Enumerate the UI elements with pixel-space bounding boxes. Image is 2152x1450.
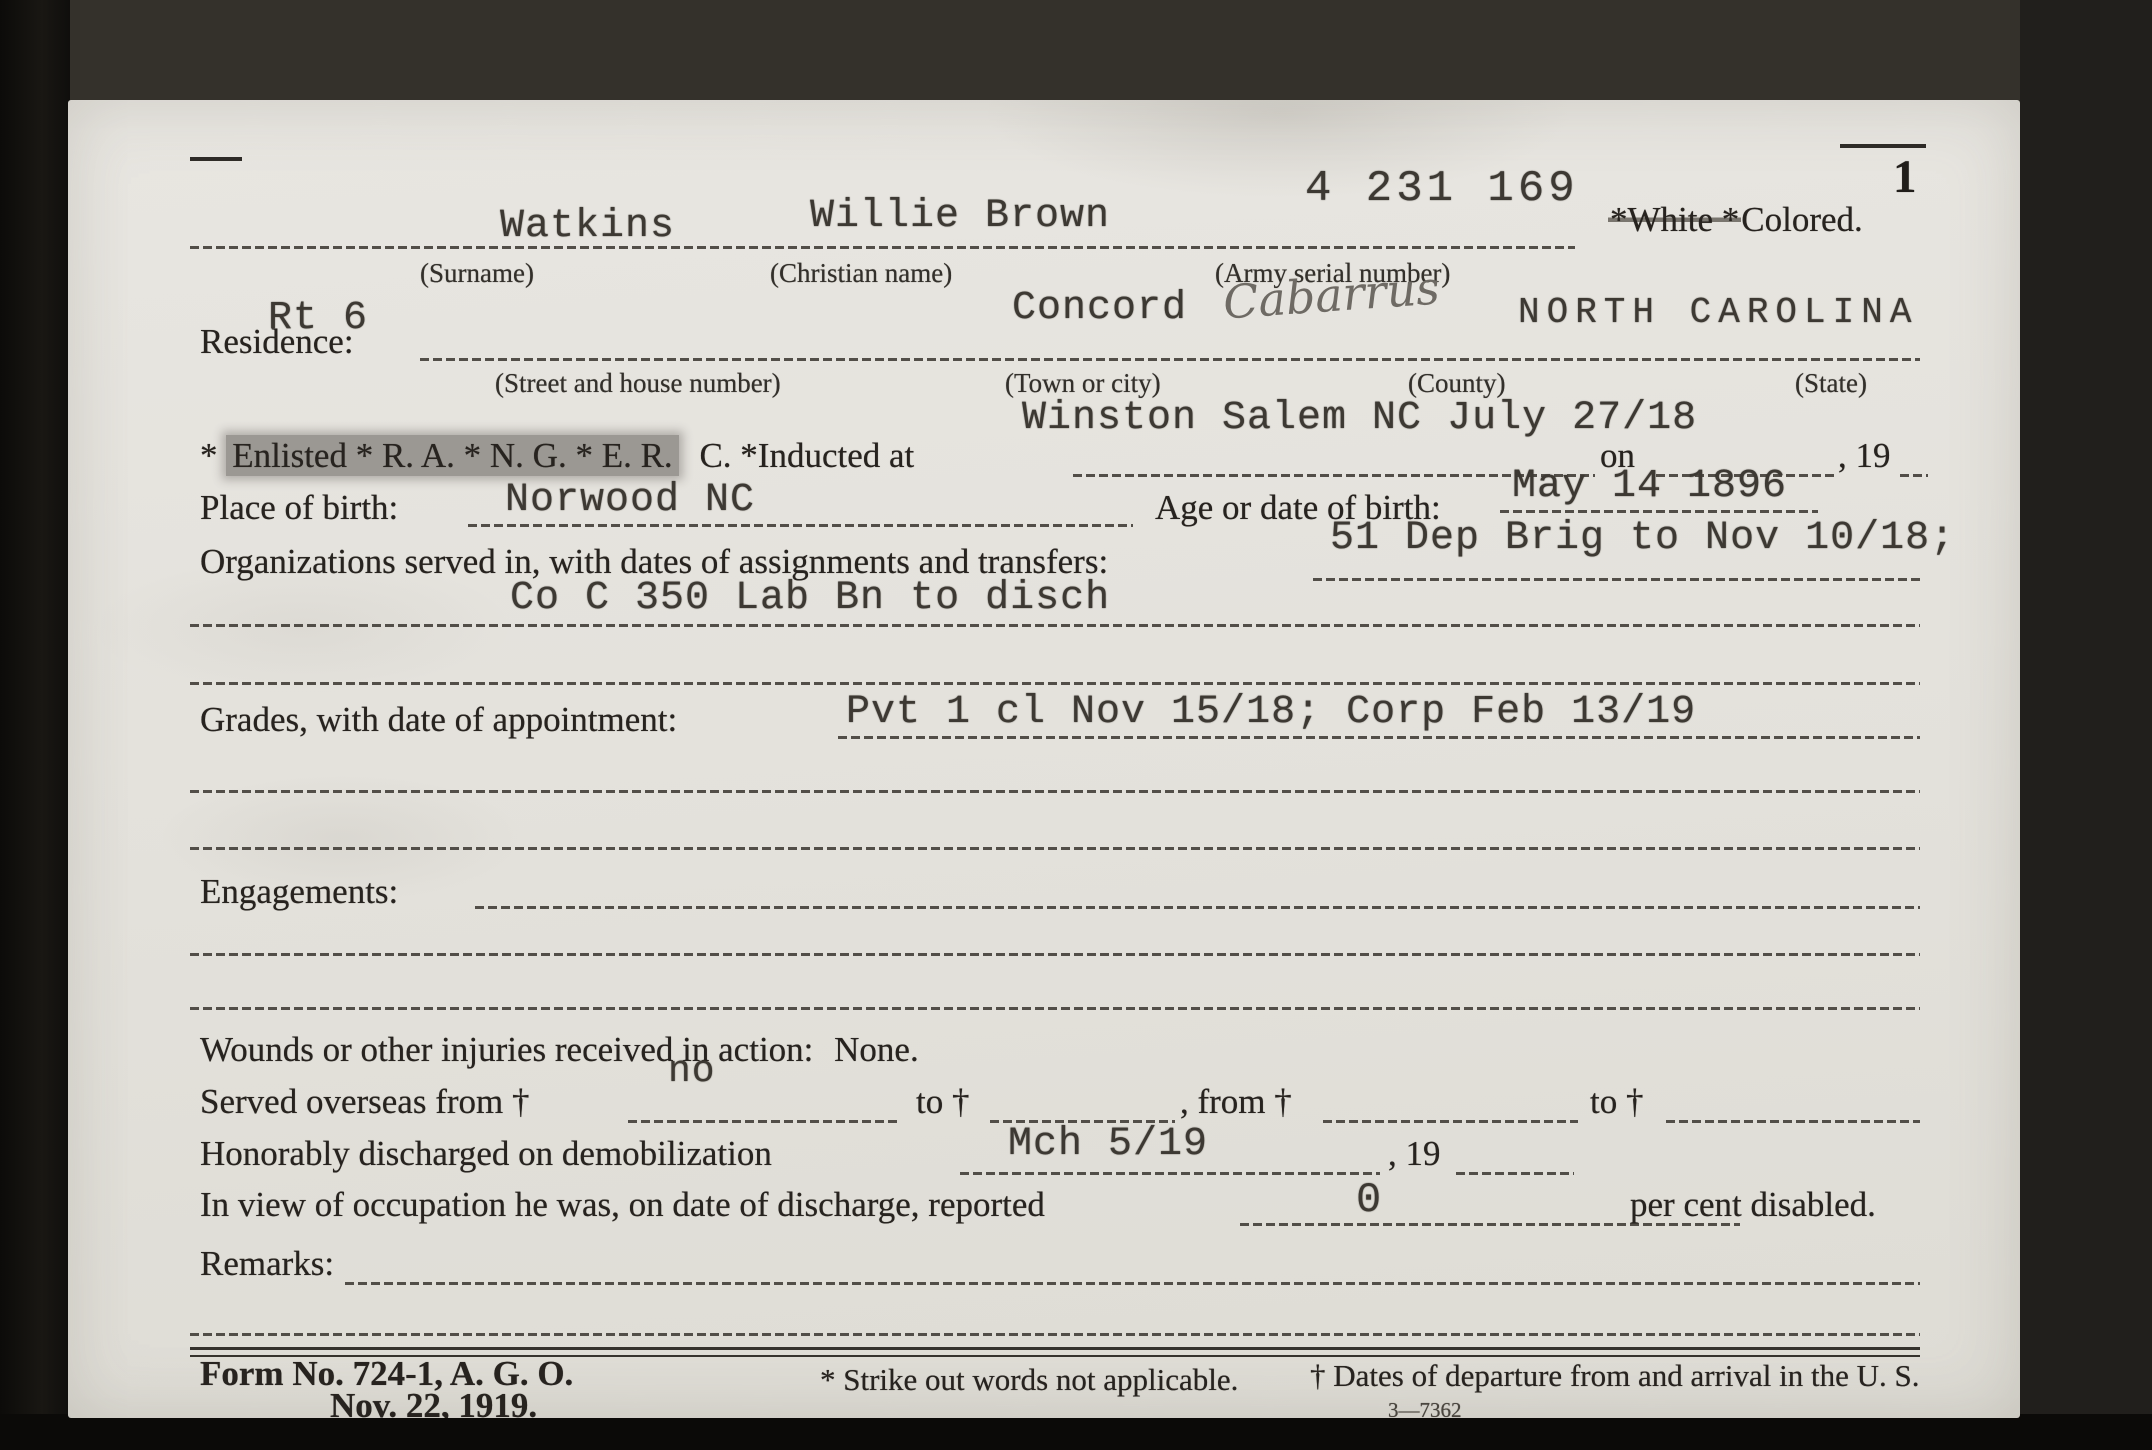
remarks-label: Remarks:	[200, 1244, 334, 1284]
wounds-value: None.	[834, 1030, 919, 1069]
organizations-rule-3	[190, 682, 1920, 685]
state-value: NORTH CAROLINA	[1518, 292, 1918, 333]
engagements-rule-1	[475, 906, 1920, 909]
wounds-label: Wounds or other injuries received in act…	[200, 1030, 813, 1069]
state-label: (State)	[1795, 368, 1867, 399]
town-label: (Town or city)	[1005, 368, 1161, 399]
organizations-value-line1: 51 Dep Brig to Nov 10/18;	[1330, 516, 1955, 561]
race-white-struck: *White *	[1608, 200, 1741, 239]
overseas-to2-label: to †	[1590, 1082, 1643, 1122]
scan-backdrop: Watkins Willie Brown 4 231 169 *White *C…	[0, 0, 2152, 1450]
discharge-label: Honorably discharged on demobilization	[200, 1134, 772, 1174]
place-of-birth-rule	[468, 524, 1133, 527]
enlistment-star: *	[200, 436, 218, 475]
grades-rule-2	[190, 790, 1920, 793]
inducted-year-label: , 19	[1838, 436, 1891, 476]
discharge-year-label: , 19	[1388, 1134, 1441, 1174]
scan-edge-right	[2020, 0, 2152, 1450]
surname-value: Watkins	[500, 204, 675, 249]
overseas-rule-4	[1666, 1120, 1920, 1123]
remarks-rule	[345, 1282, 1920, 1285]
inducted-year-rule	[1900, 474, 1928, 477]
army-serial-number-value: 4 231 169	[1305, 164, 1579, 214]
strike-note: * Strike out words not applicable.	[820, 1362, 1238, 1398]
birth-date-value: May 14 1896	[1512, 464, 1787, 509]
form-date: Nov. 22, 1919.	[330, 1386, 537, 1418]
page-number-overline	[1840, 144, 1926, 148]
header-rule	[190, 246, 1575, 249]
race-strikeout-field: *White *Colored.	[1608, 200, 1863, 240]
dagger-note: † Dates of departure from and arrival in…	[1310, 1358, 1919, 1394]
organizations-rule-1	[1313, 578, 1920, 581]
print-code: 3—7362	[1388, 1398, 1462, 1418]
discharge-rule-2	[1456, 1172, 1574, 1175]
race-colored-label: Colored.	[1741, 200, 1863, 239]
enlistment-type-field: * Enlisted * R. A. * N. G. * E. R. C. *I…	[200, 436, 914, 476]
overseas-rule-3	[1323, 1120, 1578, 1123]
discharge-rule-1	[960, 1172, 1380, 1175]
place-of-birth-label: Place of birth:	[200, 488, 398, 528]
overseas-rule-1	[628, 1120, 898, 1123]
place-of-birth-value: Norwood NC	[505, 478, 755, 523]
birth-date-rule	[1500, 510, 1818, 513]
grades-label: Grades, with date of appointment:	[200, 700, 677, 740]
inducted-at-label: C. *Inducted at	[699, 436, 914, 475]
disability-suffix-label: per cent disabled.	[1630, 1185, 1876, 1225]
overseas-to1-label: to †	[916, 1082, 969, 1122]
scan-edge-left	[0, 0, 70, 1450]
pen-tick-mark	[190, 157, 242, 161]
overseas-from1-value: no	[668, 1050, 716, 1093]
engagements-rule-3	[190, 1007, 1920, 1010]
inducted-place-value: Winston Salem NC July 27/18	[1022, 396, 1697, 441]
organizations-value-line2: Co C 350 Lab Bn to disch	[510, 576, 1110, 621]
county-label: (County)	[1408, 368, 1506, 399]
street-label: (Street and house number)	[495, 368, 781, 399]
grades-rule-1	[838, 736, 1920, 739]
grades-rule-3	[190, 847, 1920, 850]
christian-name-value: Willie Brown	[810, 194, 1110, 239]
footer-dotted-rule	[190, 1333, 1920, 1336]
christian-name-label: (Christian name)	[770, 258, 952, 289]
scan-edge-bottom	[0, 1414, 2152, 1450]
disability-percent-value: 0	[1356, 1176, 1382, 1224]
engagements-rule-2	[190, 953, 1920, 956]
wounds-field: Wounds or other injuries received in act…	[200, 1030, 919, 1070]
overseas-from2-label: , from †	[1180, 1082, 1292, 1122]
discharge-date-value: Mch 5/19	[1008, 1122, 1208, 1167]
enlistment-options-struck: Enlisted * R. A. * N. G. * E. R.	[226, 435, 678, 476]
overseas-from1-label: Served overseas from †	[200, 1082, 529, 1122]
surname-label: (Surname)	[420, 258, 534, 289]
organizations-rule-2	[190, 624, 1920, 627]
engagements-label: Engagements:	[200, 872, 398, 912]
grades-value: Pvt 1 cl Nov 15/18; Corp Feb 13/19	[846, 690, 1696, 735]
residence-label: Residence:	[200, 322, 354, 362]
disability-label: In view of occupation he was, on date of…	[200, 1185, 1045, 1225]
residence-rule	[420, 358, 1920, 361]
town-value: Concord	[1012, 286, 1187, 331]
service-record-card: Watkins Willie Brown 4 231 169 *White *C…	[68, 100, 2020, 1418]
page-number: 1	[1893, 150, 1917, 204]
scan-edge-top	[70, 0, 2152, 102]
